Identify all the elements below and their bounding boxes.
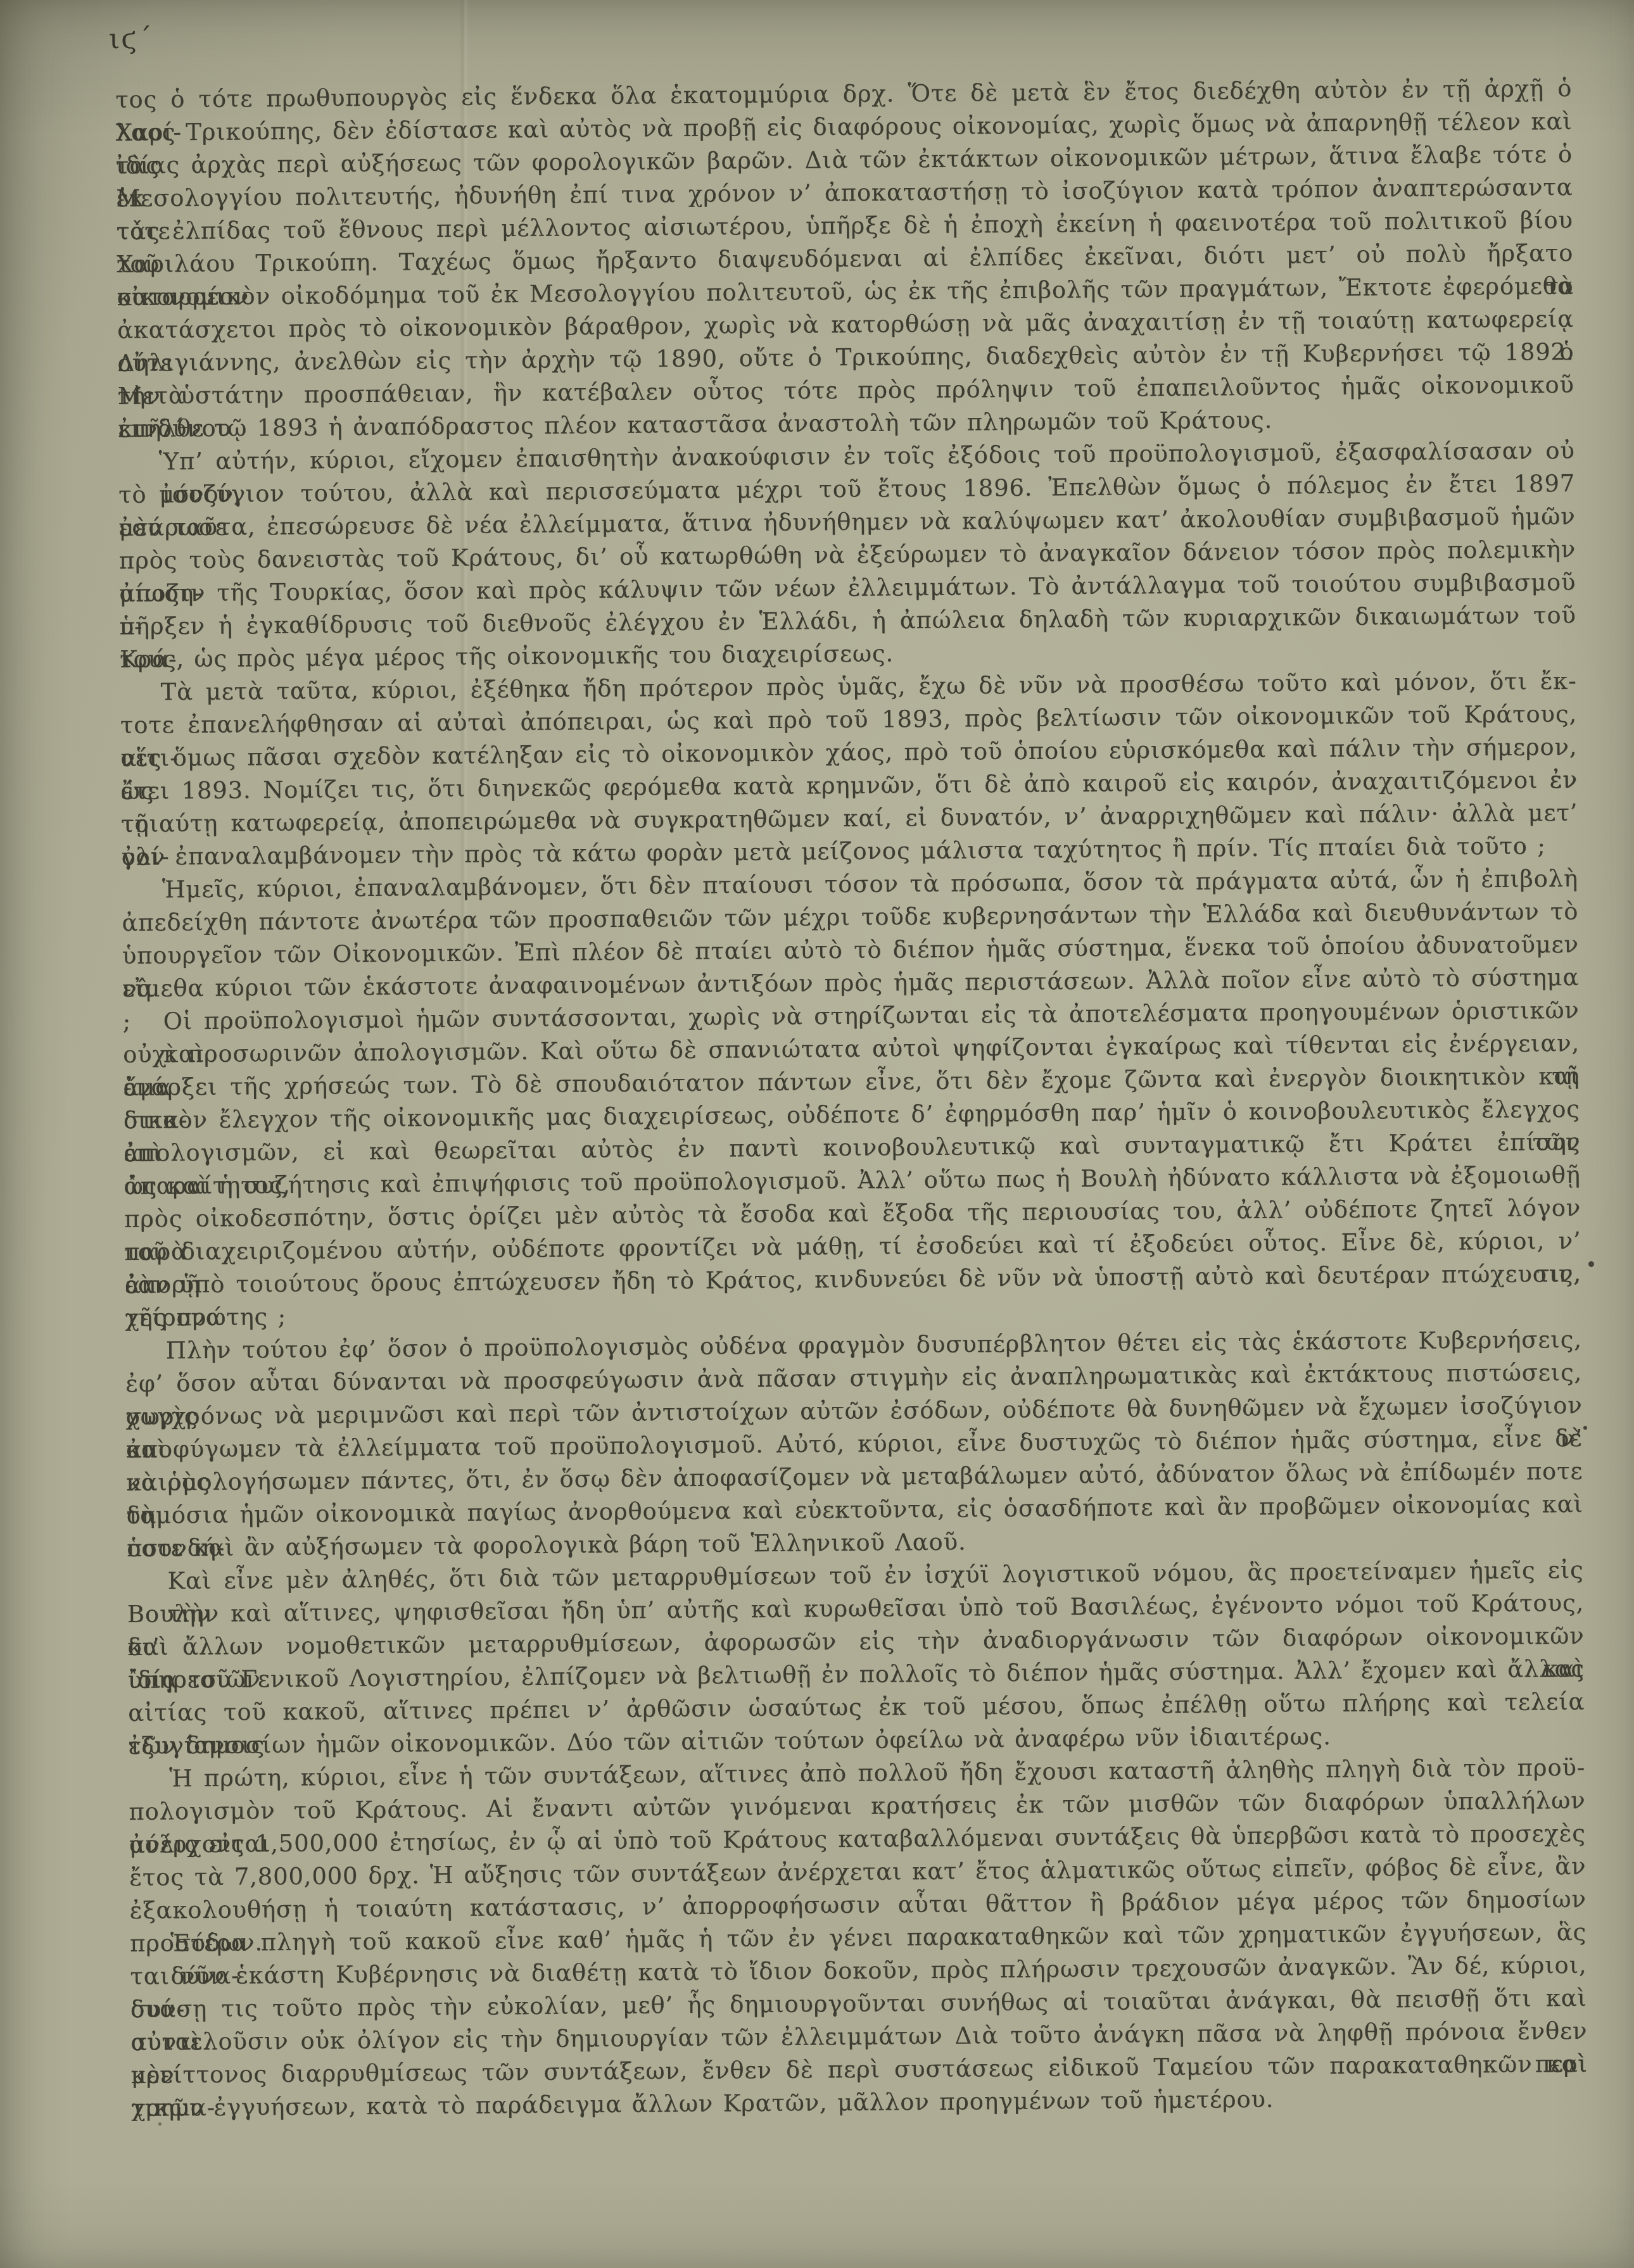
- paragraph: Οἱ προϋπολογισμοὶ ἡμῶν συντάσσονται, χωρ…: [122, 994, 1581, 1335]
- scanned-book-page: ιϛ΄ τος ὁ τότε πρωθυπουργὸς εἰς ἕνδεκα ὅ…: [0, 0, 1634, 2268]
- paragraph: Πλὴν τούτου ἐφ’ ὅσον ὁ προϋπολογισμὸς οὐ…: [125, 1323, 1584, 1565]
- paragraph: Καὶ εἶνε μὲν ἀληθές, ὅτι διὰ τῶν μεταρρυ…: [127, 1554, 1585, 1763]
- ink-speck: [1588, 1261, 1594, 1267]
- page-text-block: τος ὁ τότε πρωθυπουργὸς εἰς ἕνδεκα ὅλα ἑ…: [115, 72, 1588, 2125]
- paragraph: τος ὁ τότε πρωθυπουργὸς εἰς ἕνδεκα ὅλα ἑ…: [115, 72, 1574, 446]
- paragraph: Ὑπ’ αὐτήν, κύριοι, εἴχομεν ἐπαισθητὴν ἀν…: [118, 434, 1576, 676]
- paragraph: Ἡμεῖς, κύριοι, ἐπαναλαμβάνομεν, ὅτι δὲν …: [122, 862, 1580, 1005]
- paragraph: Ἡ πρώτη, κύριοι, εἶνε ἡ τῶν συντάξεων, α…: [129, 1751, 1586, 1927]
- paragraph: Τὰ μετὰ ταῦτα, κύριοι, ἐξέθηκα ἤδη πρότε…: [120, 665, 1578, 874]
- page-number: ιϛ΄: [109, 22, 154, 55]
- paragraph: Ἑτέρα πληγὴ τοῦ κακοῦ εἶνε καθ’ ἡμᾶς ἡ τ…: [130, 1916, 1588, 2125]
- ink-speck: [1583, 1426, 1587, 1430]
